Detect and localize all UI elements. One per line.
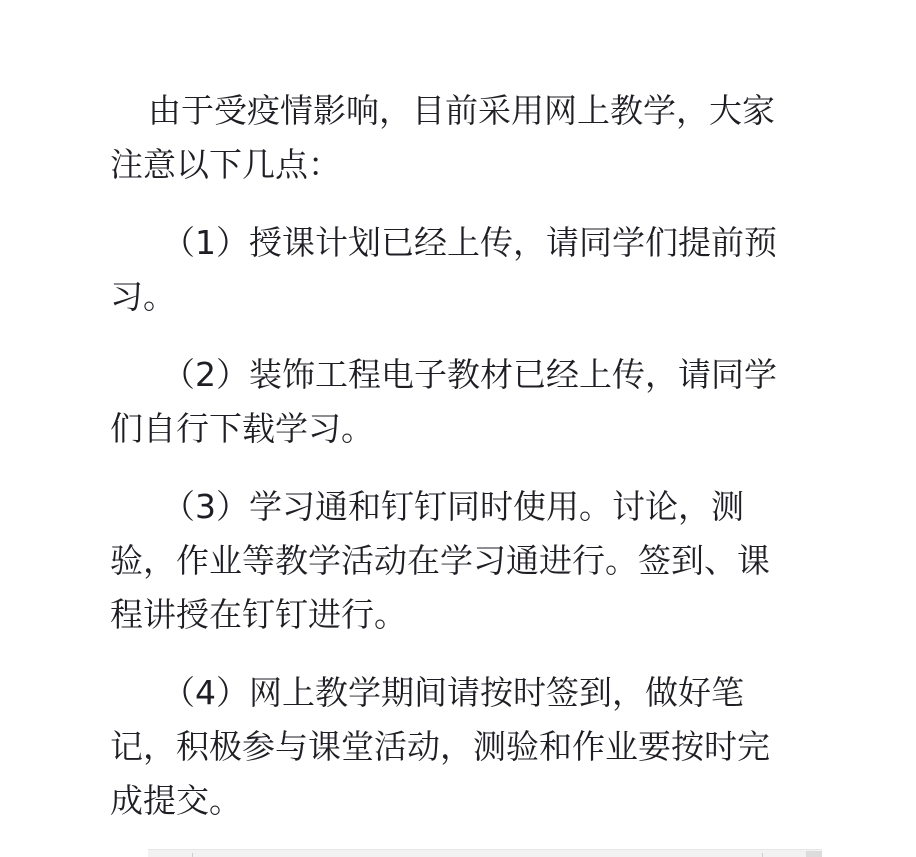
- notice-document: 由于受疫情影响，目前采用网上教学，大家注意以下几点： （1）授课计划已经上传，请…: [110, 84, 790, 852]
- notice-item-4: （4）网上教学期间请按时签到，做好笔记，积极参与课堂活动，测验和作业要按时完成提…: [110, 666, 790, 828]
- horizontal-scrollbar[interactable]: [148, 849, 822, 857]
- notice-item-2: （2）装饰工程电子教材已经上传，请同学们自行下载学习。: [110, 348, 790, 456]
- notice-item-1: （1）授课计划已经上传，请同学们提前预习。: [110, 216, 790, 324]
- scrollbar-thumb[interactable]: [806, 851, 822, 857]
- notice-item-3: （3）学习通和钉钉同时使用。讨论，测验，作业等教学活动在学习通进行。签到、课程讲…: [110, 480, 790, 642]
- ruler-tick: [192, 853, 193, 857]
- ruler-tick: [762, 853, 763, 857]
- notice-intro: 由于受疫情影响，目前采用网上教学，大家注意以下几点：: [110, 84, 790, 192]
